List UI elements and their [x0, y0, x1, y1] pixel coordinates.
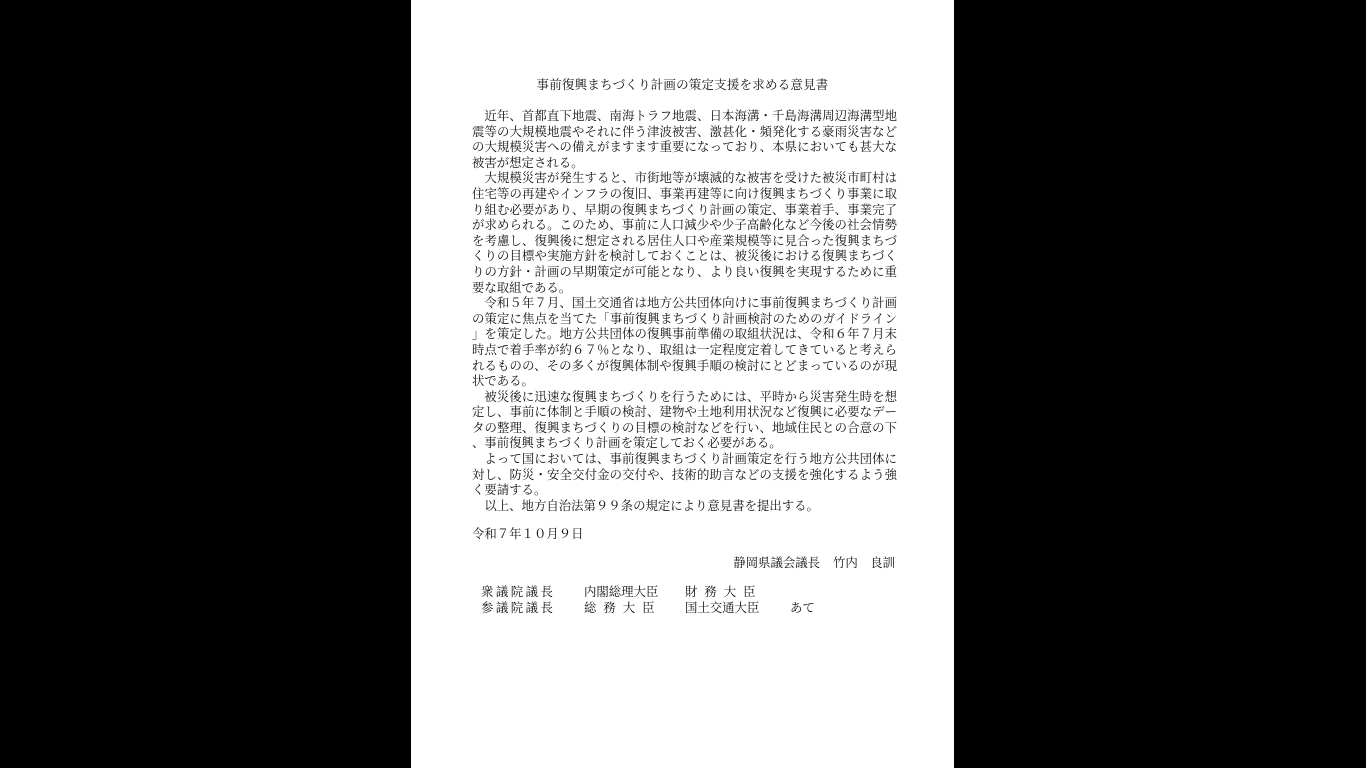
recipients-block: 衆議院議長 内閣総理大臣 財務大臣 参議院議長 総務大臣 国土交通大臣 あて — [481, 584, 815, 616]
signer-block: 静岡県議会議長竹内 良訓 — [733, 555, 895, 571]
paragraph: 被災後に迅速な復興まちづくりを行うためには、平時から災害発生時を想定し、事前に体… — [472, 389, 897, 451]
paragraph: 大規模災害が発生すると、市街地等が壊滅的な被害を受けた被災市町村は住宅等の再建や… — [472, 170, 897, 295]
recipients-row: 衆議院議長 内閣総理大臣 財務大臣 — [481, 584, 815, 600]
recipient: 国土交通大臣 — [685, 600, 786, 616]
signer-name: 竹内 良訓 — [833, 555, 895, 570]
document-title: 事前復興まちづくり計画の策定支援を求める意見書 — [411, 77, 954, 93]
signer-title: 静岡県議会議長 — [733, 555, 820, 570]
recipient: 財務大臣 — [685, 584, 786, 600]
document-date: 令和７年１０月９日 — [472, 526, 584, 542]
recipient: 参議院議長 — [481, 600, 584, 616]
addressee-suffix: あて — [790, 600, 815, 616]
paragraph: 令和５年７月、国土交通省は地方公共団体向けに事前復興まちづくり計画の策定に焦点を… — [472, 295, 897, 389]
paragraph: よって国においては、事前復興まちづくり計画策定を行う地方公共団体に対し、防災・安… — [472, 451, 897, 498]
recipient: 衆議院議長 — [481, 584, 584, 600]
document-viewer: 事前復興まちづくり計画の策定支援を求める意見書 近年、首都直下地震、南海トラフ地… — [0, 0, 1366, 768]
document-page: 事前復興まちづくり計画の策定支援を求める意見書 近年、首都直下地震、南海トラフ地… — [411, 0, 954, 768]
document-body: 近年、首都直下地震、南海トラフ地震、日本海溝・千島海溝周辺海溝型地震等の大規模地… — [472, 108, 897, 513]
paragraph: 以上、地方自治法第９９条の規定により意見書を提出する。 — [472, 498, 897, 514]
paragraph: 近年、首都直下地震、南海トラフ地震、日本海溝・千島海溝周辺海溝型地震等の大規模地… — [472, 108, 897, 170]
recipients-row: 参議院議長 総務大臣 国土交通大臣 あて — [481, 600, 815, 616]
recipient: 内閣総理大臣 — [584, 584, 685, 600]
recipient: 総務大臣 — [584, 600, 685, 616]
